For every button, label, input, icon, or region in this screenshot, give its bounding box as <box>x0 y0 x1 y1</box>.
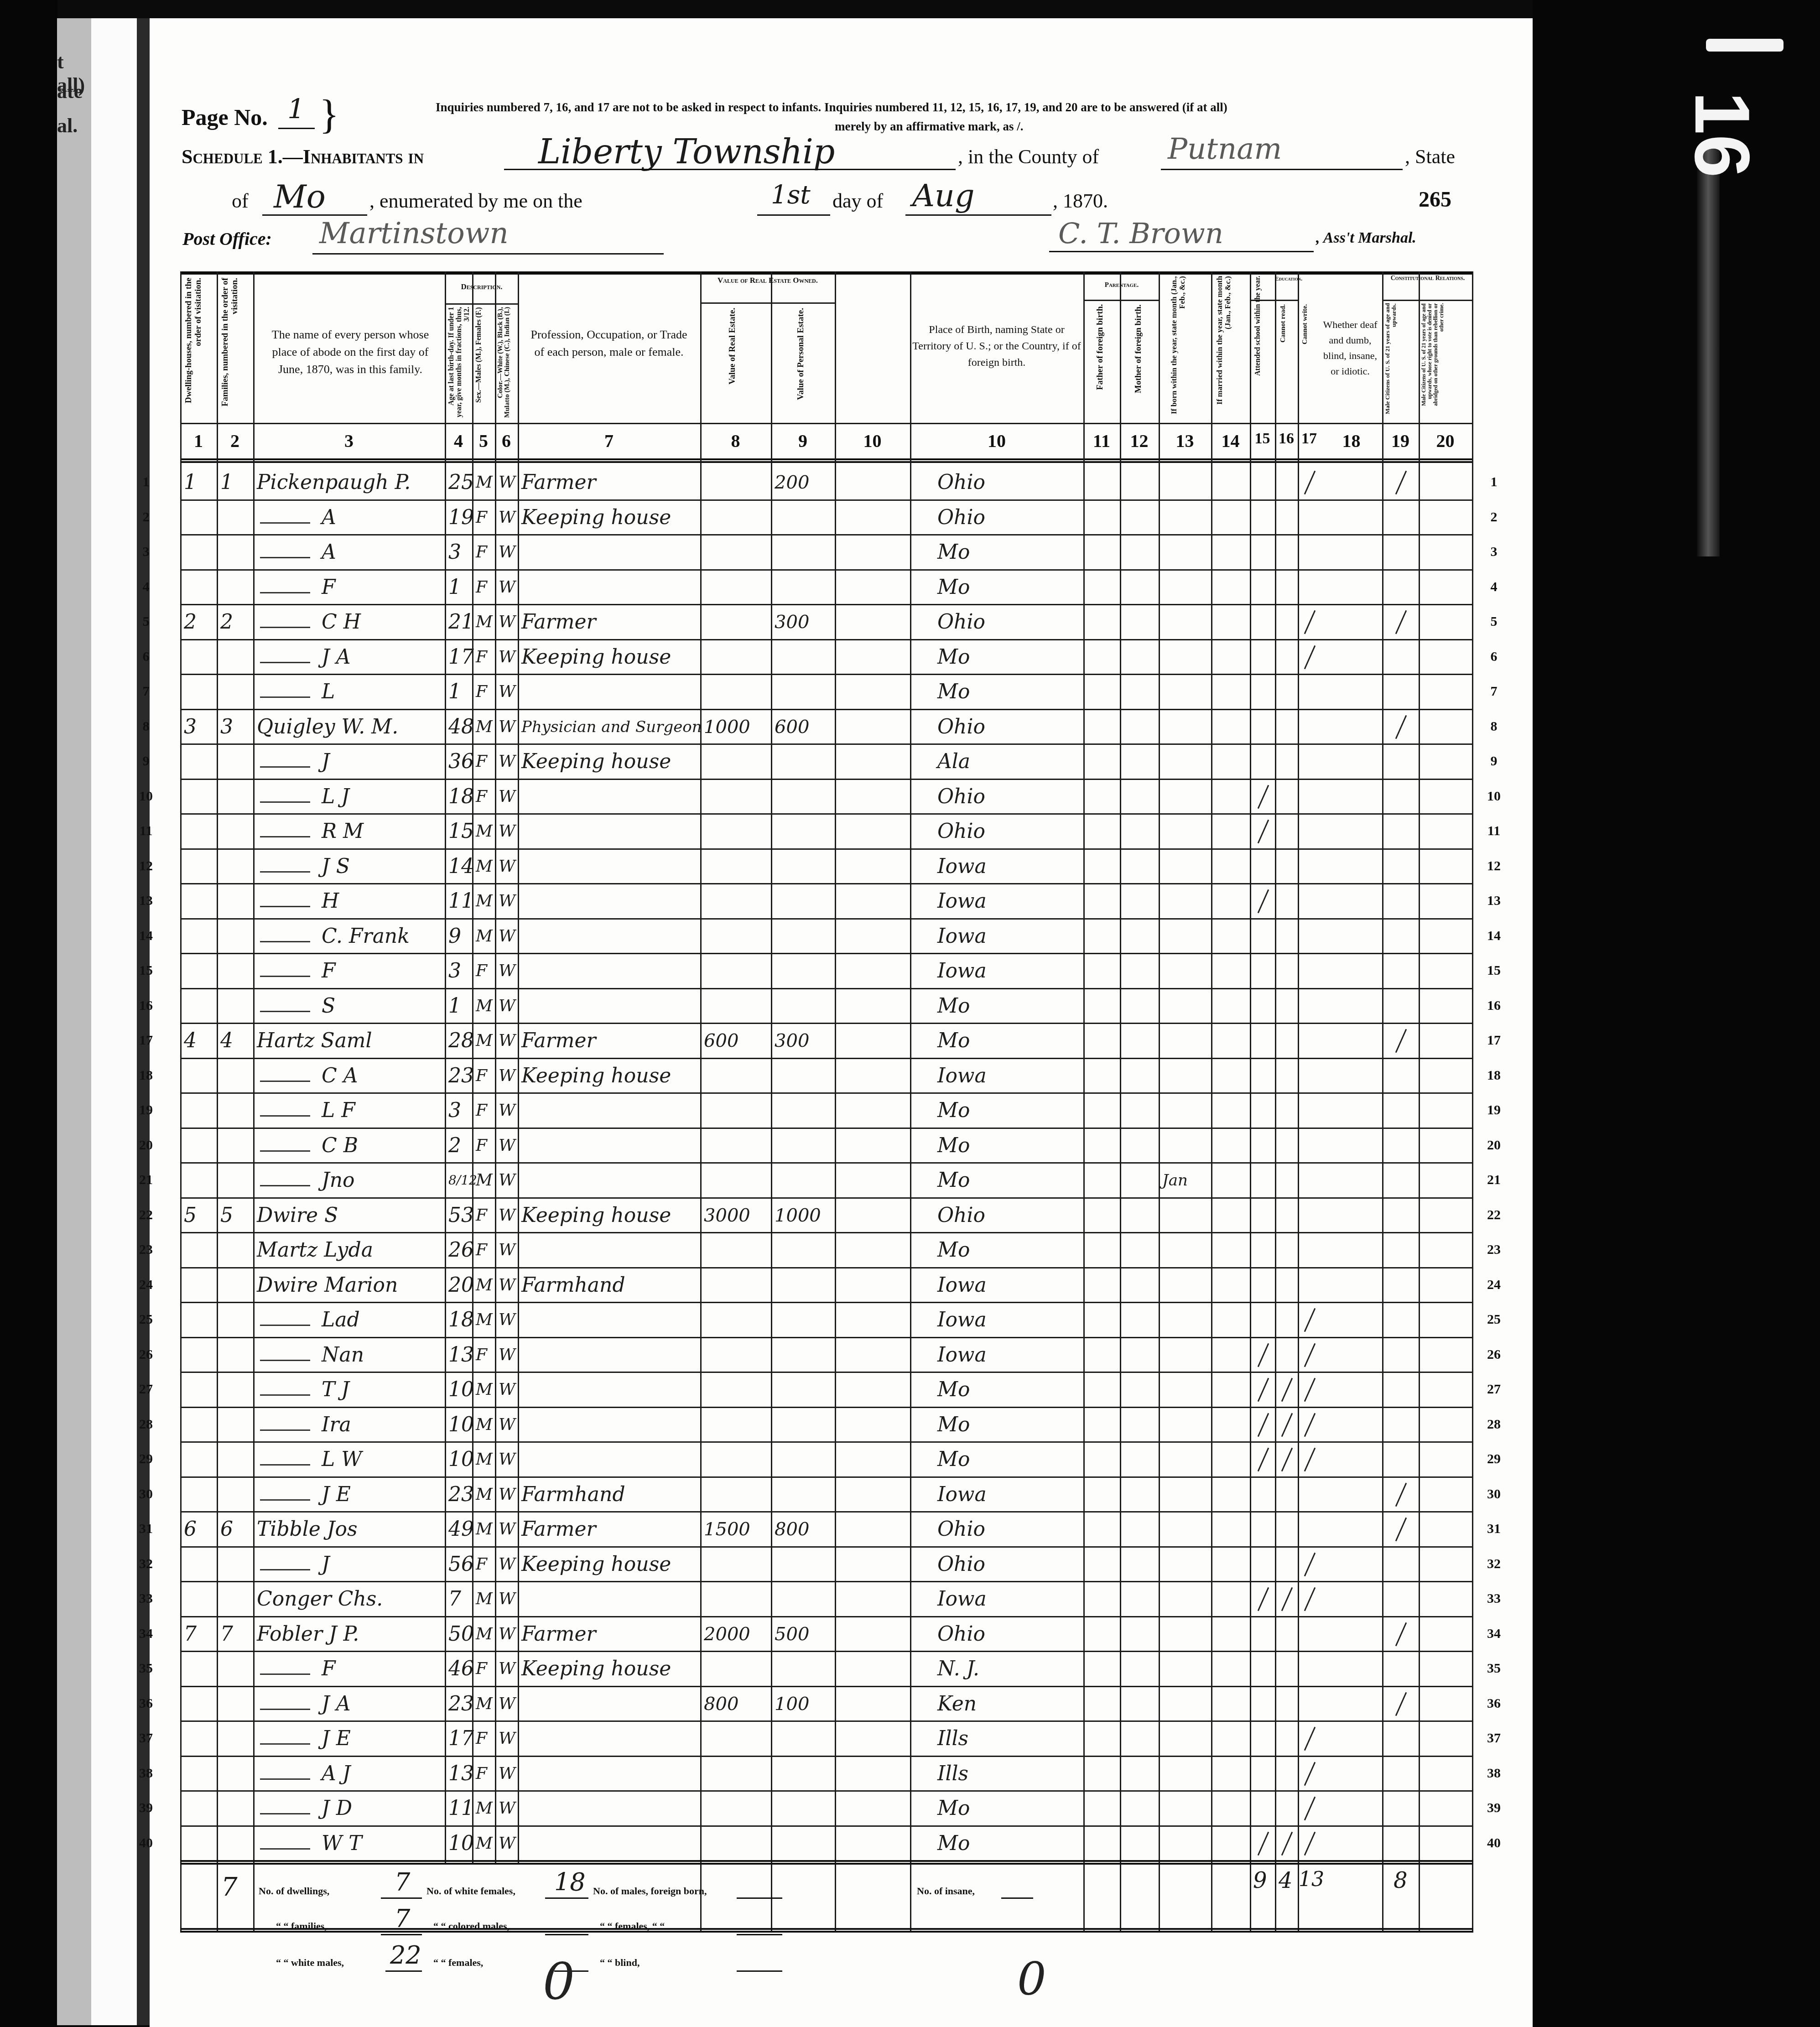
cannot-write-mark <box>1304 1797 1316 1820</box>
insane-blank <box>1001 1897 1033 1899</box>
column-number: 9 <box>771 430 835 452</box>
line-number-right: 1 <box>1480 474 1508 490</box>
cell-sex: M <box>476 1268 493 1303</box>
column-number: 3 <box>253 430 445 452</box>
school-mark <box>1257 1343 1269 1367</box>
cell-color: W <box>499 1163 515 1198</box>
cell-sex: M <box>476 710 493 744</box>
col10-header: Place of Birth, naming State or Territor… <box>912 322 1081 371</box>
ditto-mark <box>260 976 310 977</box>
line-number-right: 19 <box>1480 1102 1508 1118</box>
cell-name: J A <box>322 640 350 675</box>
cell-name: H <box>322 884 339 919</box>
column-number: 17 <box>1298 430 1321 447</box>
cell-personal-estate: 1000 <box>775 1198 821 1233</box>
cannot-write-mark <box>1304 1448 1316 1471</box>
ditto-mark <box>260 1464 310 1466</box>
col11-header: Father of foreign birth. <box>1095 304 1110 419</box>
ditto-mark <box>260 557 310 558</box>
description-group-header: Description. <box>446 282 518 291</box>
line-number-left: 18 <box>132 1068 160 1083</box>
blind-blank <box>737 1970 782 1972</box>
cell-occupation: Farmhand <box>521 1477 625 1512</box>
ditto-mark <box>260 696 310 698</box>
cell-birthplace: Ohio <box>937 1198 985 1233</box>
enumeration-month: Aug <box>912 178 974 214</box>
cell-family: 4 <box>220 1024 233 1058</box>
line-number-right: 20 <box>1480 1138 1508 1153</box>
ditto-mark <box>260 766 310 768</box>
column-number: 2 <box>217 430 253 452</box>
line-number-right: 30 <box>1480 1486 1508 1502</box>
families-label: “ “ families, <box>276 1920 327 1932</box>
ditto-mark <box>260 1778 310 1780</box>
cell-name: Quigley W. M. <box>257 710 398 744</box>
line-number-right: 8 <box>1480 719 1508 734</box>
col17-total: 13 <box>1299 1868 1324 1891</box>
instructions-line-1: Inquiries numbered 7, 16, and 17 are not… <box>436 100 1471 114</box>
cell-color: W <box>499 849 515 884</box>
colored-males-label: “ “ colored males, <box>433 1920 510 1932</box>
cell-color: W <box>499 1617 515 1652</box>
line-number-left: 39 <box>132 1800 160 1816</box>
cannot-write-mark <box>1304 1378 1316 1402</box>
cell-name: Lad <box>322 1303 360 1337</box>
cannot-write-mark <box>1304 1727 1316 1751</box>
cell-name: Tibble Jos <box>257 1512 358 1547</box>
cell-sex: F <box>476 570 487 605</box>
cannot-write-mark <box>1304 610 1316 634</box>
cell-dwelling: 5 <box>184 1198 197 1233</box>
citizen-mark <box>1395 610 1407 634</box>
school-mark <box>1257 1831 1269 1855</box>
cell-dwelling: 1 <box>184 465 197 500</box>
cell-sex: M <box>476 989 493 1024</box>
stamped-page-number: 265 <box>1419 187 1451 212</box>
column-number: 7 <box>518 430 700 452</box>
township-underline <box>504 169 956 170</box>
line-number-left: 29 <box>132 1451 160 1467</box>
film-border-right <box>1533 0 1820 2027</box>
ditto-mark <box>260 1150 310 1152</box>
line-number-left: 6 <box>132 649 160 665</box>
column-number: 11 <box>1083 430 1120 452</box>
cell-name: C A <box>322 1059 358 1093</box>
cell-sex: F <box>476 1721 487 1756</box>
cell-birthplace: Mo <box>937 1372 970 1407</box>
cell-color: W <box>499 1442 515 1477</box>
cell-birthplace: Mo <box>937 535 970 570</box>
cell-name: A <box>322 535 336 570</box>
col5-header: Sex.—Males (M.), Females (F.) <box>475 307 493 420</box>
line-number-left: 28 <box>132 1417 160 1432</box>
line-number-left: 31 <box>132 1521 160 1537</box>
page-no-label: Page No. <box>182 104 268 130</box>
margin-fragment: al. <box>57 114 78 137</box>
cell-name: C H <box>322 605 361 639</box>
county-underline <box>1161 169 1403 170</box>
col16-header: Cannot read. <box>1279 304 1295 419</box>
cannot-read-mark <box>1281 1413 1293 1436</box>
cell-name: W T <box>322 1826 362 1861</box>
cell-sex: F <box>476 1093 487 1128</box>
cell-age: 20 <box>448 1268 474 1303</box>
cell-age: 13 <box>448 1757 474 1791</box>
line-number-right: 33 <box>1480 1591 1508 1606</box>
cell-birthplace: Iowa <box>937 1059 987 1093</box>
cannot-write-mark <box>1304 1308 1316 1332</box>
cell-family: 1 <box>220 465 233 500</box>
cell-name: F <box>322 570 336 605</box>
foreign-males-blank <box>737 1897 782 1899</box>
cell-name: L <box>322 675 335 709</box>
cell-name: Dwire S <box>257 1198 338 1233</box>
cell-birthplace: N. J. <box>937 1652 979 1686</box>
column-number: 10 <box>835 430 910 452</box>
cell-sex: F <box>476 675 487 709</box>
page-margin <box>91 18 137 2025</box>
line-number-left: 17 <box>132 1033 160 1048</box>
white-females-label: No. of white females, <box>426 1885 515 1897</box>
cell-age: 53 <box>448 1198 474 1233</box>
page-no-value: 1 <box>287 94 305 125</box>
cell-age: 18 <box>448 1303 474 1337</box>
white-males-count: 22 <box>390 1941 421 1970</box>
cannot-read-mark <box>1281 1378 1293 1402</box>
education-group-header: Education. <box>1275 275 1299 282</box>
cell-age: 15 <box>448 814 474 849</box>
cell-occupation: Keeping house <box>521 500 671 535</box>
cell-birthplace: Mo <box>937 1791 970 1826</box>
cell-age: 23 <box>448 1687 474 1721</box>
col4-header: Age at last birth-day. If under 1 year, … <box>447 307 471 420</box>
col2-header: Families, numbered in the order of visit… <box>220 278 249 419</box>
column-number: 1 <box>180 430 217 452</box>
cell-personal-estate: 300 <box>775 1024 809 1058</box>
school-mark <box>1257 1587 1269 1611</box>
film-mark <box>1706 39 1784 52</box>
line-number-right: 10 <box>1480 789 1508 804</box>
line-number-left: 4 <box>132 579 160 595</box>
ditto-mark <box>260 1709 310 1710</box>
cell-occupation: Physician and Surgeon <box>521 710 702 744</box>
school-mark <box>1257 1378 1269 1402</box>
cell-color: W <box>499 744 515 779</box>
cell-name: R M <box>322 814 364 849</box>
col15-total: 9 <box>1253 1868 1267 1893</box>
ditto-mark <box>260 592 310 593</box>
cell-sex: M <box>476 1163 493 1198</box>
line-number-left: 38 <box>132 1766 160 1781</box>
cell-name: J E <box>322 1477 351 1512</box>
ditto-mark <box>260 836 310 837</box>
cell-sex: F <box>476 1757 487 1791</box>
cell-dwelling: 7 <box>184 1617 197 1652</box>
ditto-mark <box>260 1185 310 1186</box>
film-border-left <box>0 0 57 2027</box>
ditto-mark <box>260 1674 310 1675</box>
ditto-mark <box>260 1081 310 1082</box>
line-number-right: 12 <box>1480 858 1508 874</box>
cell-age: 50 <box>448 1617 474 1652</box>
line-number-right: 7 <box>1480 684 1508 699</box>
school-mark <box>1257 820 1269 843</box>
line-number-right: 21 <box>1480 1172 1508 1188</box>
cell-color: W <box>499 1338 515 1372</box>
cell-sex: M <box>476 1687 493 1721</box>
cell-sex: M <box>476 1408 493 1442</box>
cell-sex: M <box>476 1477 493 1512</box>
line-number-right: 32 <box>1480 1556 1508 1572</box>
cell-age: 1 <box>448 570 461 605</box>
cell-sex: M <box>476 884 493 919</box>
cell-age: 48 <box>448 710 474 744</box>
ditto-mark <box>260 1499 310 1501</box>
line-number-right: 9 <box>1480 754 1508 769</box>
cell-birthplace: Mo <box>937 1233 970 1268</box>
line-number-right: 29 <box>1480 1451 1508 1467</box>
cell-name: S <box>322 989 335 1024</box>
cell-name: C. Frank <box>322 919 410 954</box>
line-number-left: 3 <box>132 544 160 560</box>
cannot-read-mark <box>1281 1448 1293 1471</box>
column-number: 4 <box>445 430 472 452</box>
bottom-mark: 0 <box>1017 1952 1046 2006</box>
line-number-right: 15 <box>1480 963 1508 978</box>
cell-real-estate: 600 <box>704 1024 738 1058</box>
cell-name: F <box>322 1652 336 1686</box>
cell-color: W <box>499 1128 515 1163</box>
cell-age: 17 <box>448 640 474 675</box>
cell-age: 1 <box>448 989 461 1024</box>
cell-age: 1 <box>448 675 461 709</box>
cell-color: W <box>499 919 515 954</box>
cell-age: 10 <box>448 1372 474 1407</box>
cell-name: T J <box>322 1372 349 1407</box>
col3-header: The name of every person whose place of … <box>261 326 439 378</box>
cell-color: W <box>499 1408 515 1442</box>
ditto-mark <box>260 1360 310 1361</box>
line-number-right: 2 <box>1480 509 1508 525</box>
dwellings-label: No. of dwellings, <box>259 1885 329 1897</box>
cell-color: W <box>499 570 515 605</box>
cell-birthplace: Mo <box>937 570 970 605</box>
line-number-right: 34 <box>1480 1626 1508 1642</box>
day-underline <box>757 214 830 216</box>
cannot-write-mark <box>1304 1413 1316 1436</box>
cell-color: W <box>499 1268 515 1303</box>
cell-name: J A <box>322 1687 350 1721</box>
line-number-left: 27 <box>132 1382 160 1397</box>
ditto-mark <box>260 1848 310 1850</box>
cell-dwelling: 2 <box>184 605 197 639</box>
state-value: Mo <box>274 178 326 215</box>
citizen-mark <box>1395 715 1407 738</box>
month-underline <box>905 214 1051 216</box>
cell-name: Jno <box>322 1163 354 1198</box>
cell-occupation: Keeping house <box>521 1059 671 1093</box>
line-number-right: 26 <box>1480 1347 1508 1362</box>
line-number-left: 16 <box>132 998 160 1013</box>
line-number-left: 15 <box>132 963 160 978</box>
blind-label: “ “ blind, <box>600 1957 640 1969</box>
cell-birthplace: Ohio <box>937 1512 985 1547</box>
cell-name: C B <box>322 1128 358 1163</box>
ditto-mark <box>260 1394 310 1396</box>
cell-sex: F <box>476 1059 487 1093</box>
post-office-value: Martinstown <box>319 217 509 250</box>
ditto-mark <box>260 627 310 628</box>
cell-sex: M <box>476 1582 493 1616</box>
post-office-underline <box>312 253 664 255</box>
cell-age: 25 <box>448 465 474 500</box>
cell-age: 49 <box>448 1512 474 1547</box>
col15-header: Attended school within the year. <box>1253 276 1271 419</box>
cell-color: W <box>499 1198 515 1233</box>
line-number-left: 11 <box>132 823 160 839</box>
cell-born-month: Jan <box>1162 1163 1188 1198</box>
cell-birthplace: Iowa <box>937 849 987 884</box>
cell-age: 36 <box>448 744 474 779</box>
ditto-mark <box>260 871 310 873</box>
white-males-label: “ “ white males, <box>276 1957 344 1969</box>
binding-gutter <box>137 18 150 2025</box>
line-number-right: 3 <box>1480 544 1508 560</box>
col19-total: 8 <box>1394 1868 1408 1893</box>
cell-color: W <box>499 1652 515 1686</box>
ditto-mark <box>260 941 310 942</box>
cell-birthplace: Mo <box>937 1408 970 1442</box>
cell-birthplace: Iowa <box>937 1582 987 1616</box>
cell-color: W <box>499 500 515 535</box>
cell-name: J <box>322 744 330 779</box>
col9-header: Value of Personal Estate. <box>796 308 814 417</box>
cell-sex: M <box>476 1617 493 1652</box>
cannot-write-mark <box>1304 1762 1316 1785</box>
cell-family: 7 <box>220 1617 233 1652</box>
cell-age: 46 <box>448 1652 474 1686</box>
families-count: 7 <box>395 1904 410 1933</box>
line-number-left: 24 <box>132 1277 160 1293</box>
cell-birthplace: Iowa <box>937 1268 987 1303</box>
line-number-left: 7 <box>132 684 160 699</box>
column-number: 12 <box>1120 430 1159 452</box>
col13-header: If born within the year, state month (Ja… <box>1170 276 1202 419</box>
line-number-right: 16 <box>1480 998 1508 1013</box>
county-value: Putnam <box>1168 132 1282 166</box>
cell-birthplace: Mo <box>937 1163 970 1198</box>
year-label: , 1870. <box>1053 189 1108 213</box>
page-no-underline <box>278 128 315 129</box>
cell-name: A <box>322 500 336 535</box>
cell-name: Martz Lyda <box>257 1233 373 1268</box>
cell-real-estate: 1500 <box>704 1512 750 1547</box>
cell-color: W <box>499 1303 515 1337</box>
line-number-right: 22 <box>1480 1207 1508 1223</box>
cell-sex: M <box>476 1442 493 1477</box>
cell-age: 9 <box>448 919 461 954</box>
column-number: 15 <box>1250 430 1275 447</box>
cell-birthplace: Mo <box>937 640 970 675</box>
cell-personal-estate: 100 <box>775 1687 809 1721</box>
cell-birthplace: Ohio <box>937 500 985 535</box>
cell-color: W <box>499 954 515 988</box>
cell-name: J E <box>322 1721 351 1756</box>
line-number-left: 37 <box>132 1731 160 1746</box>
post-office-label: Post Office: <box>182 228 272 249</box>
cell-age: 7 <box>448 1582 461 1616</box>
parentage-group-header: Parentage. <box>1084 281 1159 289</box>
cell-name: L W <box>322 1442 362 1477</box>
ditto-mark <box>260 1011 310 1012</box>
line-number-left: 32 <box>132 1556 160 1572</box>
enumerated-label: , enumerated by me on the <box>369 189 582 213</box>
line-number-right: 5 <box>1480 614 1508 629</box>
cell-color: W <box>499 1721 515 1756</box>
cell-sex: M <box>476 814 493 849</box>
cell-birthplace: Iowa <box>937 884 987 919</box>
cell-color: W <box>499 1791 515 1826</box>
cell-occupation: Farmhand <box>521 1268 625 1303</box>
cell-birthplace: Mo <box>937 675 970 709</box>
school-mark <box>1257 1448 1269 1471</box>
ditto-mark <box>260 1325 310 1326</box>
line-number-left: 12 <box>132 858 160 874</box>
cell-name: Conger Chs. <box>257 1582 383 1616</box>
line-number-right: 40 <box>1480 1835 1508 1851</box>
cell-sex: F <box>476 535 487 570</box>
cell-family: 3 <box>220 710 233 744</box>
cell-sex: F <box>476 954 487 988</box>
cell-birthplace: Mo <box>937 1442 970 1477</box>
cell-name: Dwire Marion <box>257 1268 398 1303</box>
cell-dwelling: 6 <box>184 1512 197 1547</box>
line-number-left: 2 <box>132 509 160 525</box>
cell-family: 6 <box>220 1512 233 1547</box>
line-number-right: 6 <box>1480 649 1508 665</box>
line-number-right: 23 <box>1480 1242 1508 1258</box>
of-label: of <box>232 189 249 213</box>
cell-birthplace: Ills <box>937 1721 968 1756</box>
ditto-mark <box>260 801 310 803</box>
cannot-write-mark <box>1304 1831 1316 1855</box>
cell-sex: M <box>476 1791 493 1826</box>
colored-females-label: “ “ females, <box>433 1957 483 1969</box>
day-of-label: day of <box>832 189 883 213</box>
cell-color: W <box>499 989 515 1024</box>
cell-personal-estate: 200 <box>775 465 809 500</box>
cell-birthplace: Iowa <box>937 954 987 988</box>
cell-name: Ira <box>322 1408 351 1442</box>
white-females-count: 18 <box>554 1868 586 1897</box>
cell-birthplace: Mo <box>937 989 970 1024</box>
col19-header: Male Citizens of U. S. of 21 years of ag… <box>1384 303 1417 419</box>
cell-personal-estate: 300 <box>775 605 809 639</box>
col16-total: 4 <box>1279 1868 1293 1893</box>
col6-header: Color.—White (W.), Black (B.), Mulatto (… <box>497 307 516 420</box>
line-number-right: 14 <box>1480 928 1508 944</box>
cell-color: W <box>499 640 515 675</box>
line-number-right: 13 <box>1480 893 1508 909</box>
cannot-read-mark <box>1281 1587 1293 1611</box>
line-number-right: 24 <box>1480 1277 1508 1293</box>
census-table: Dwelling-houses, numbered in the order o… <box>180 271 1473 1936</box>
cell-personal-estate: 600 <box>775 710 809 744</box>
cell-birthplace: Ala <box>937 744 970 779</box>
cell-personal-estate: 800 <box>775 1512 809 1547</box>
cell-age: 3 <box>448 535 461 570</box>
cell-birthplace: Iowa <box>937 1477 987 1512</box>
